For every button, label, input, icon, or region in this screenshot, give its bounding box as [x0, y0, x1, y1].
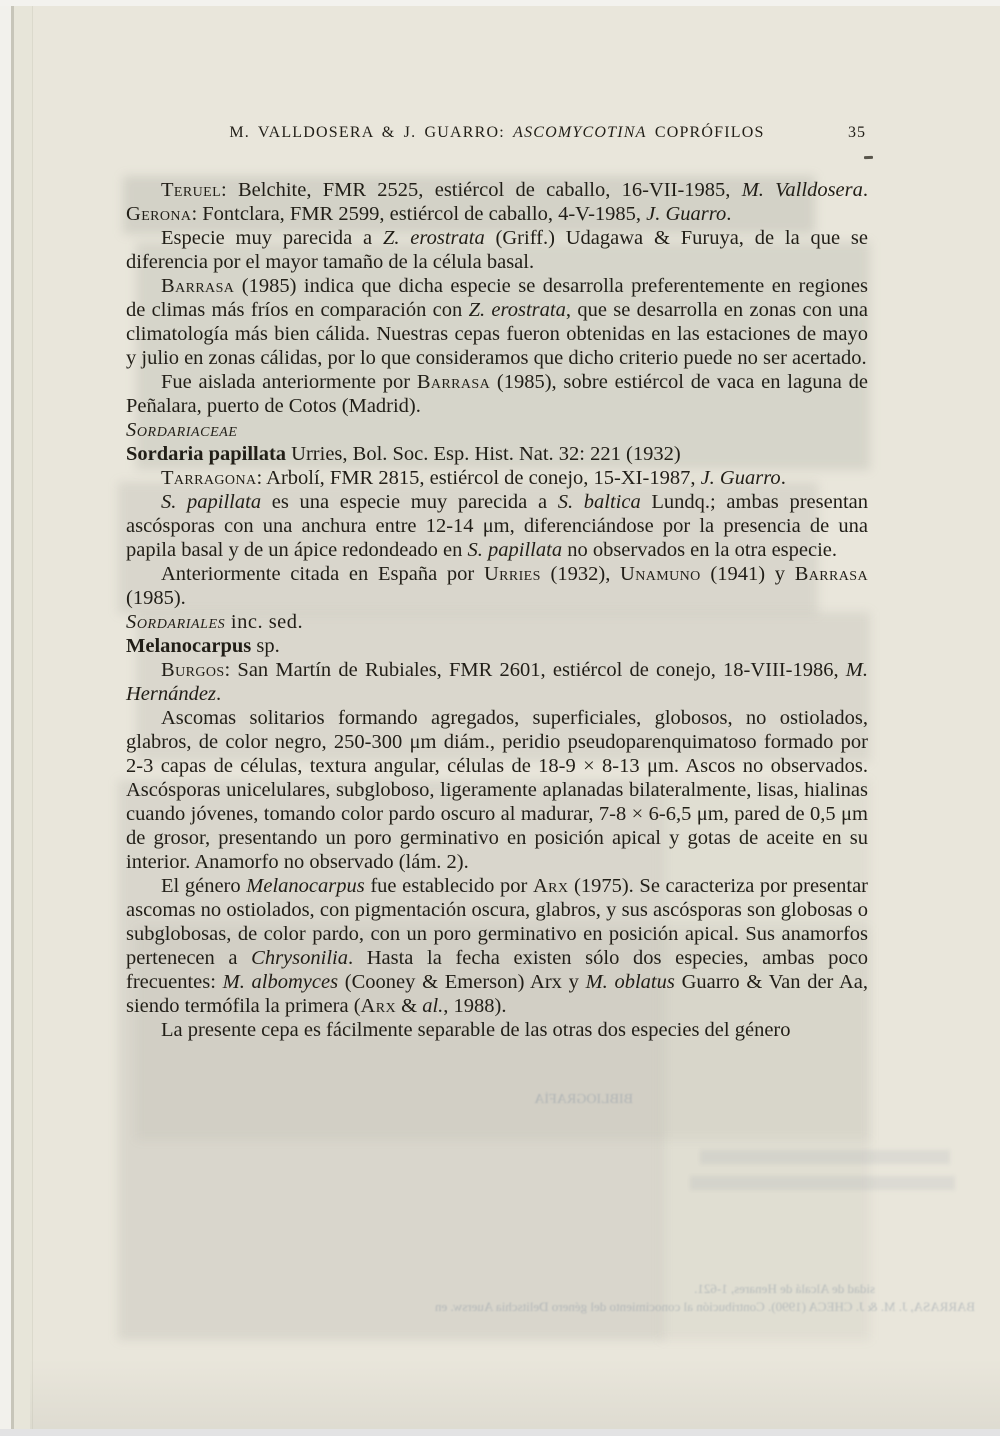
text-run: (1941) y: [701, 563, 795, 585]
text-run: : Arbolí, FMR 2815, estiércol de conejo,…: [256, 467, 700, 489]
text-run: .: [216, 683, 221, 705]
bleedthrough-text: BARRASA, J. M. & J. CHECA (1990). Contri…: [430, 1299, 975, 1314]
text-run: (1932),: [541, 563, 620, 585]
text-run: S. baltica: [558, 491, 641, 513]
running-header: M. VALLDOSERA & J. GUARRO: ASCOMYCOTINA …: [126, 124, 868, 142]
species-line: Sordaria papillata Urries, Bol. Soc. Esp…: [126, 442, 868, 466]
text-run: Z. erostrata: [383, 227, 485, 249]
text-run: : San Martín de Rubiales, FMR 2601, esti…: [225, 659, 846, 681]
text-run: : Belchite, FMR 2525, estiércol de cabal…: [221, 179, 742, 201]
text-column: Teruel: Belchite, FMR 2525, estiércol de…: [126, 178, 868, 1042]
scan-bed-edge: [0, 0, 11, 1436]
text-run: J. Guarro: [701, 467, 781, 489]
bleedthrough-text: sidad de Alcalá de Henares, 1-621.: [640, 1281, 875, 1296]
paragraph: La presente cepa es fácilmente separable…: [126, 1018, 868, 1042]
text-run: al.: [422, 995, 443, 1017]
text-run: S. papillata: [468, 539, 563, 561]
text-run: .: [726, 203, 731, 225]
text-run: Sordariaceae: [126, 419, 238, 441]
text-run: Burgos: [161, 659, 225, 681]
text-run: &: [396, 995, 422, 1017]
text-run: Melanocarpus: [246, 875, 364, 897]
text-run: Anteriormente citada en España por: [161, 563, 484, 585]
paragraph: Ascomas solitarios formando agregados, s…: [126, 706, 868, 874]
page-edge-strip: [14, 0, 33, 1436]
bleedthrough-smudge: [700, 1150, 950, 1164]
text-run: Chrysonilia: [251, 947, 348, 969]
page-number: 35: [848, 124, 866, 142]
running-header-authors: M. VALLDOSERA & J. GUARRO:: [229, 124, 513, 141]
bleedthrough-text: BIBLIOGRAFÍA: [468, 1092, 633, 1107]
section-heading: Sordariales inc. sed.: [126, 610, 868, 634]
specimen-entry: Burgos: San Martín de Rubiales, FMR 2601…: [126, 658, 868, 706]
species-line: Melanocarpus sp.: [126, 634, 868, 658]
scanned-paper-page: M. VALLDOSERA & J. GUARRO: ASCOMYCOTINA …: [0, 0, 1000, 1436]
paragraph: Fue aislada anteriormente por Barrasa (1…: [126, 370, 868, 418]
text-run: M. Valldosera: [742, 179, 863, 201]
text-run: Fue aislada anteriormente por: [161, 371, 417, 393]
paragraph: Barrasa (1985) indica que dicha especie …: [126, 274, 868, 370]
specimen-entry: Teruel: Belchite, FMR 2525, estiércol de…: [126, 178, 868, 226]
text-run: Melanocarpus: [126, 635, 251, 657]
text-run: Especie muy parecida a: [161, 227, 383, 249]
text-run: Barrasa: [161, 275, 234, 297]
text-run: Barrasa: [795, 563, 868, 585]
text-run: : Fontclara, FMR 2599, estiércol de caba…: [191, 203, 646, 225]
text-run: Gerona: [126, 203, 191, 225]
text-run: .: [781, 467, 786, 489]
text-run: Tarragona: [161, 467, 256, 489]
text-run: sp.: [251, 635, 279, 657]
running-header-title-italic: ASCOMYCOTINA: [513, 124, 647, 141]
text-run: Sordariales: [126, 611, 225, 633]
text-run: inc. sed.: [225, 611, 303, 633]
text-run: Arx: [533, 875, 568, 897]
text-run: S. papillata: [161, 491, 261, 513]
running-header-title-rest: COPRÓFILOS: [647, 124, 765, 141]
text-run: Ascomas solitarios formando agregados, s…: [126, 707, 868, 873]
text-run: fue establecido por: [365, 875, 533, 897]
text-run: Teruel: [161, 179, 221, 201]
text-run: Urries: [484, 563, 541, 585]
text-run: Barrasa: [417, 371, 490, 393]
scan-top-edge: [0, 0, 1000, 6]
paragraph: S. papillata es una especie muy parecida…: [126, 490, 868, 562]
text-run: El género: [161, 875, 246, 897]
text-run: es una especie muy parecida a: [261, 491, 558, 513]
text-run: , 1988).: [443, 995, 506, 1017]
text-run: Sordaria papillata: [126, 443, 286, 465]
text-run: .: [863, 179, 868, 201]
scan-bottom-edge: [0, 1429, 1000, 1436]
bleedthrough-smudge: [690, 1176, 955, 1190]
text-run: Z. erostrata: [469, 299, 566, 321]
text-run: La presente cepa es fácilmente separable…: [161, 1019, 791, 1041]
text-run: M. albomyces: [223, 971, 338, 993]
section-heading: Sordariaceae: [126, 418, 868, 442]
text-run: Urries, Bol. Soc. Esp. Hist. Nat. 32: 22…: [286, 443, 681, 465]
print-dash-artifact: [864, 156, 873, 159]
text-run: J. Guarro: [646, 203, 726, 225]
bottom-shadow: [30, 1359, 1000, 1429]
text-run: M. oblatus: [586, 971, 675, 993]
paragraph: Especie muy parecida a Z. erostrata (Gri…: [126, 226, 868, 274]
text-run: Unamuno: [620, 563, 701, 585]
text-run: (1985).: [126, 587, 186, 609]
text-run: no observados en la otra especie.: [562, 539, 837, 561]
paragraph: Anteriormente citada en España por Urrie…: [126, 562, 868, 610]
specimen-entry: Tarragona: Arbolí, FMR 2815, estiércol d…: [126, 466, 868, 490]
text-run: (Cooney & Emerson) Arx y: [338, 971, 586, 993]
paragraph: El género Melanocarpus fue establecido p…: [126, 874, 868, 1018]
text-run: Arx: [361, 995, 396, 1017]
